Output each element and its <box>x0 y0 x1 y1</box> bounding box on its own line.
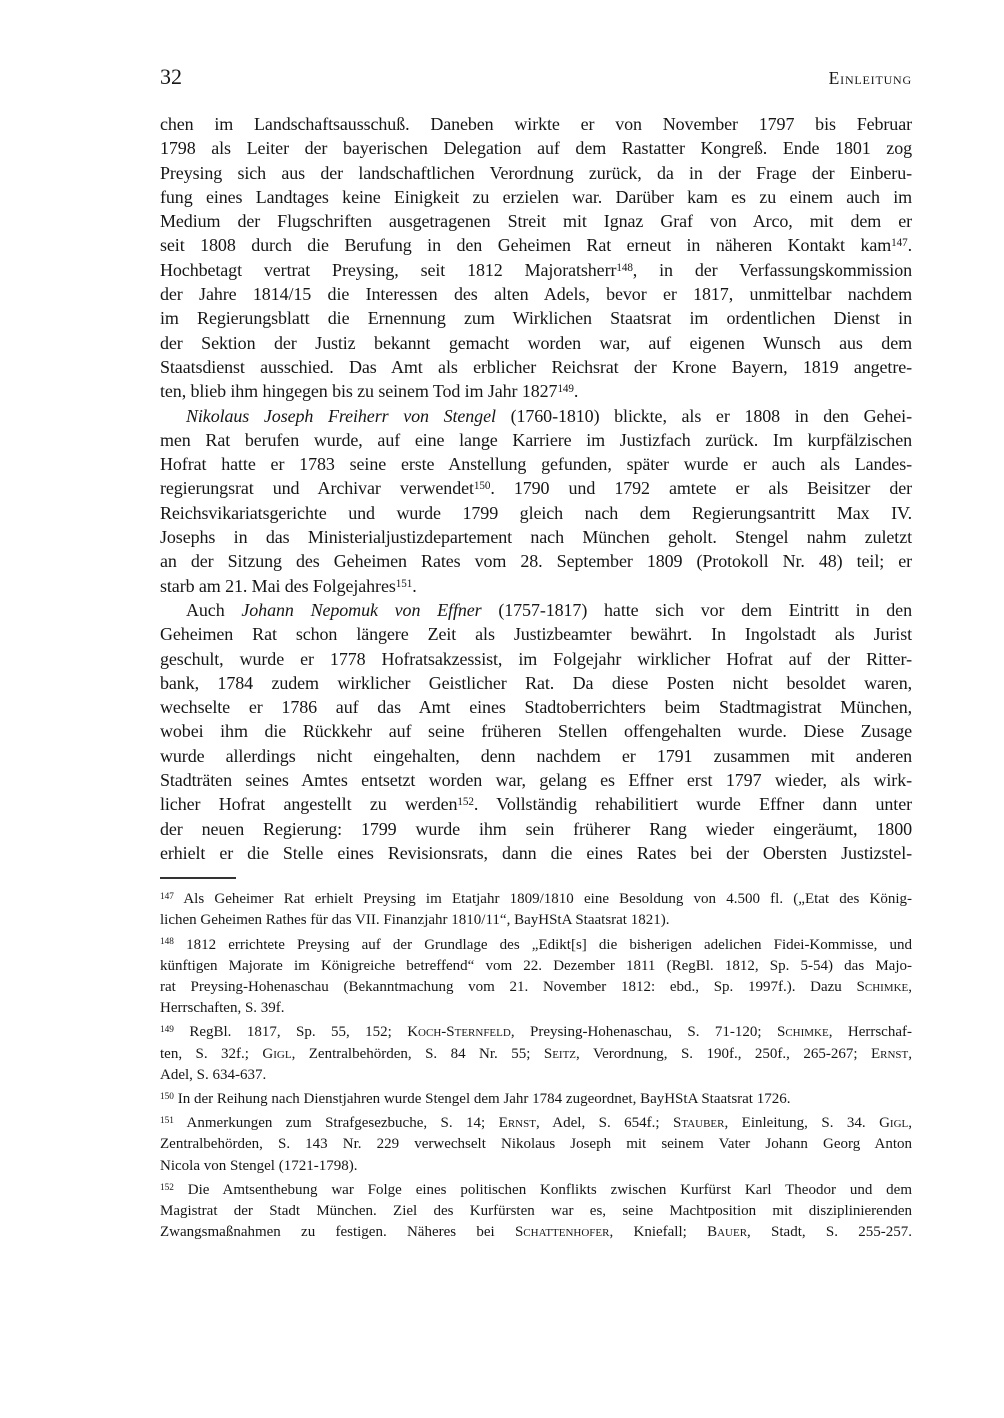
text-line: erhielt er die Stelle eines Revisionsrat… <box>160 841 912 865</box>
text-line: Adel, S. 634-637. <box>160 1065 912 1086</box>
text-segment: Hochbetagt vertrat Preysing, seit 1812 M… <box>160 260 616 280</box>
text-line: Zentralbehörden, S. 143 Nr. 229 verwechs… <box>160 1134 912 1155</box>
text-segment: ten, blieb ihm hingegen bis zu seinem To… <box>160 381 557 401</box>
text-line: der Jahre 1814/15 die Interessen des alt… <box>160 282 912 306</box>
text-segment: seit 1808 durch die Berufung in den Gehe… <box>160 235 891 255</box>
text-line: seit 1808 durch die Berufung in den Gehe… <box>160 233 912 257</box>
text-segment: , Preysing-Hohenaschau, S. 71-120; <box>511 1024 777 1040</box>
text-segment: , Zentralbehörden, S. 84 Nr. 55; <box>292 1046 544 1062</box>
paragraph: Auch Johann Nepomuk von Effner (1757-181… <box>160 598 912 865</box>
paragraph: Nikolaus Joseph Freiherr von Stengel (17… <box>160 404 912 598</box>
text-line: rat Preysing-Hohenaschau (Bekanntmachung… <box>160 977 912 998</box>
text-line: lichen Geheimen Rathes für das VII. Fina… <box>160 910 912 931</box>
text-line: geschult, wurde er 1778 Hofratsakzessist… <box>160 647 912 671</box>
text-segment: Nicola von Stengel (1721-1798). <box>160 1158 357 1174</box>
text-line: Hochbetagt vertrat Preysing, seit 1812 M… <box>160 258 912 282</box>
text-segment: RegBl. 1817, Sp. 55, 152; <box>174 1024 407 1040</box>
text-segment: , <box>908 979 912 995</box>
text-segment: . <box>574 381 578 401</box>
text-segment: bank, 1784 zudem wirklicher Geistlicher … <box>160 673 912 693</box>
text-segment: (1760-1810) blickte, als er 1808 in den … <box>496 406 912 426</box>
text-line: der neuen Regierung: 1799 wurde ihm sein… <box>160 817 912 841</box>
text-segment: erhielt er die Stelle eines Revisionsrat… <box>160 843 912 863</box>
text-segment: , Herrschaf- <box>829 1024 912 1040</box>
text-segment: . <box>412 576 416 596</box>
footnote-ref: 149 <box>557 383 573 395</box>
text-line: regierungsrat und Archivar verwendet150.… <box>160 476 912 500</box>
footnote: 149 RegBl. 1817, Sp. 55, 152; Koch-Stern… <box>160 1022 912 1086</box>
text-segment: Reichsvikariatsgerichte und wurde 1799 g… <box>160 503 912 523</box>
author-name-smallcaps: Gigl <box>879 1115 908 1131</box>
author-name-smallcaps: Koch-Sternfeld <box>407 1024 511 1040</box>
text-segment: Als Geheimer Rat erhielt Preysing im Eta… <box>174 891 912 907</box>
text-line: Preysing sich aus der landschaftlichen V… <box>160 161 912 185</box>
text-segment: regierungsrat und Archivar verwendet <box>160 478 474 498</box>
text-segment: Magistrat der Stadt München. Ziel des Ku… <box>160 1203 912 1219</box>
text-line: 1798 als Leiter der bayerischen Delegati… <box>160 136 912 160</box>
paragraph: chen im Landschaftsausschuß. Daneben wir… <box>160 112 912 404</box>
text-line: der Sektion der Justiz bekannt gemacht w… <box>160 331 912 355</box>
footnote-ref: 152 <box>457 796 473 808</box>
text-segment: , Verordnung, S. 190f., 250f., 265-267; <box>576 1046 871 1062</box>
text-line: licher Hofrat angestellt zu werden152. V… <box>160 792 912 816</box>
text-segment: Medium der Flugschriften ausgetragenen S… <box>160 211 912 231</box>
text-segment: . <box>908 235 912 255</box>
text-segment: . 1790 und 1792 amtete er als Beisitzer … <box>490 478 912 498</box>
footnote-ref: 147 <box>891 237 907 249</box>
footnote-ref: 151 <box>396 578 412 590</box>
text-line: 148 1812 errichtete Preysing auf der Gru… <box>160 935 912 956</box>
text-line: starb am 21. Mai des Folgejahres151. <box>160 574 912 598</box>
text-line: 147 Als Geheimer Rat erhielt Preysing im… <box>160 889 912 910</box>
text-line: Reichsvikariatsgerichte und wurde 1799 g… <box>160 501 912 525</box>
text-line: 149 RegBl. 1817, Sp. 55, 152; Koch-Stern… <box>160 1022 912 1043</box>
text-line: Medium der Flugschriften ausgetragenen S… <box>160 209 912 233</box>
text-line: Geheimen Rat schon längere Zeit als Just… <box>160 622 912 646</box>
author-name-smallcaps: Schimke <box>857 979 909 995</box>
author-name-smallcaps: Stauber <box>673 1115 724 1131</box>
author-name-smallcaps: Gigl <box>262 1046 291 1062</box>
text-segment: 1798 als Leiter der bayerischen Delegati… <box>160 138 912 158</box>
text-segment: der neuen Regierung: 1799 wurde ihm sein… <box>160 819 912 839</box>
text-segment: ten, S. 32f.; <box>160 1046 262 1062</box>
text-segment: , in der Verfassungskommission <box>633 260 912 280</box>
text-line: Staatsdienst ausschied. Das Amt als erbl… <box>160 355 912 379</box>
text-segment: Zwangsmaßnahmen zu festigen. Näheres bei <box>160 1224 515 1240</box>
text-line: chen im Landschaftsausschuß. Daneben wir… <box>160 112 912 136</box>
text-segment: licher Hofrat angestellt zu werden <box>160 794 457 814</box>
footnote-ref: 149 <box>160 1025 174 1035</box>
author-name-smallcaps: Seitz <box>544 1046 576 1062</box>
text-segment: Josephs in das Ministerialjustizdepartem… <box>160 527 912 547</box>
text-line: wurde allerdings nicht eingehalten, denn… <box>160 744 912 768</box>
text-segment: men Rat berufen wurde, auf eine lange Ka… <box>160 430 912 450</box>
text-line: bank, 1784 zudem wirklicher Geistlicher … <box>160 671 912 695</box>
author-name-smallcaps: Bauer <box>707 1224 747 1240</box>
text-line: ten, S. 32f.; Gigl, Zentralbehörden, S. … <box>160 1044 912 1065</box>
page-number: 32 <box>160 64 182 90</box>
text-segment: Stadträten seines Amtes entsetzt worden … <box>160 770 912 790</box>
text-segment: Die Amtsenthebung war Folge eines politi… <box>174 1182 912 1198</box>
text-segment: rat Preysing-Hohenaschau (Bekanntmachung… <box>160 979 857 995</box>
text-line: Nicola von Stengel (1721-1798). <box>160 1156 912 1177</box>
footnote-ref: 148 <box>616 262 632 274</box>
text-line: Auch Johann Nepomuk von Effner (1757-181… <box>160 598 912 622</box>
footnote-ref: 150 <box>160 1092 174 1102</box>
text-segment: an der Sitzung des Geheimen Rates vom 28… <box>160 551 912 571</box>
author-name-smallcaps: Ernst <box>871 1046 908 1062</box>
book-page: 32 Einleitung chen im Landschaftsausschu… <box>0 0 1004 1418</box>
text-line: an der Sitzung des Geheimen Rates vom 28… <box>160 549 912 573</box>
text-line: Zwangsmaßnahmen zu festigen. Näheres bei… <box>160 1222 912 1243</box>
text-segment: Adel, S. 634-637. <box>160 1067 266 1083</box>
text-segment: . Vollständig rehabilitiert wurde Effner… <box>474 794 912 814</box>
footnote-separator <box>160 877 236 879</box>
text-line: wechselte er 1786 auf das Amt eines Stad… <box>160 695 912 719</box>
text-segment: Herrschaften, S. 39f. <box>160 1000 285 1016</box>
text-segment: chen im Landschaftsausschuß. Daneben wir… <box>160 114 912 134</box>
text-segment: der Sektion der Justiz bekannt gemacht w… <box>160 333 912 353</box>
text-segment: Geheimen Rat schon längere Zeit als Just… <box>160 624 912 644</box>
text-segment: wechselte er 1786 auf das Amt eines Stad… <box>160 697 912 717</box>
text-line: Herrschaften, S. 39f. <box>160 998 912 1019</box>
text-segment: (1757-1817) hatte sich vor dem Eintritt … <box>482 600 912 620</box>
text-line: wobei ihm die Rückkehr auf seine frühere… <box>160 719 912 743</box>
text-line: Magistrat der Stadt München. Ziel des Ku… <box>160 1201 912 1222</box>
footnote-ref: 150 <box>474 480 490 492</box>
text-line: im Regierungsblatt die Ernennung zum Wir… <box>160 306 912 330</box>
text-segment: lichen Geheimen Rathes für das VII. Fina… <box>160 912 669 928</box>
text-segment: Preysing sich aus der landschaftlichen V… <box>160 163 912 183</box>
text-segment: starb am 21. Mai des Folgejahres <box>160 576 396 596</box>
author-name-smallcaps: Schattenhofer <box>515 1224 610 1240</box>
text-line: 150 In der Reihung nach Dienstjahren wur… <box>160 1089 912 1110</box>
footnote: 147 Als Geheimer Rat erhielt Preysing im… <box>160 889 912 931</box>
text-segment: wobei ihm die Rückkehr auf seine frühere… <box>160 721 912 741</box>
footnote: 150 In der Reihung nach Dienstjahren wur… <box>160 1089 912 1110</box>
text-segment: Anmerkungen zum Strafgesezbuche, S. 14; <box>174 1115 499 1131</box>
running-head: Einleitung <box>829 65 912 91</box>
footnotes: 147 Als Geheimer Rat erhielt Preysing im… <box>160 889 912 1243</box>
person-name-italic: Nikolaus Joseph Freiherr von Stengel <box>186 406 496 426</box>
footnote-ref: 151 <box>160 1116 174 1126</box>
text-line: künftigen Majorate im Königreiche betref… <box>160 956 912 977</box>
footnote: 152 Die Amtsenthebung war Folge eines po… <box>160 1180 912 1244</box>
text-line: 151 Anmerkungen zum Strafgesezbuche, S. … <box>160 1113 912 1134</box>
text-segment: In der Reihung nach Dienstjahren wurde S… <box>174 1091 791 1107</box>
text-segment: , Stadt, S. 255-257. <box>747 1224 912 1240</box>
footnote: 148 1812 errichtete Preysing auf der Gru… <box>160 935 912 1020</box>
person-name-italic: Johann Nepomuk von Effner <box>241 600 481 620</box>
text-segment: , Einleitung, S. 34. <box>725 1115 880 1131</box>
text-line: Hofrat hatte er 1783 seine erste Anstell… <box>160 452 912 476</box>
text-line: Josephs in das Ministerialjustizdepartem… <box>160 525 912 549</box>
text-segment: Zentralbehörden, S. 143 Nr. 229 verwechs… <box>160 1136 912 1152</box>
author-name-smallcaps: Schimke <box>777 1024 829 1040</box>
text-line: fung eines Landtages keine Einigkeit zu … <box>160 185 912 209</box>
text-line: Nikolaus Joseph Freiherr von Stengel (17… <box>160 404 912 428</box>
text-segment: wurde allerdings nicht eingehalten, denn… <box>160 746 912 766</box>
text-segment: Staatsdienst ausschied. Das Amt als erbl… <box>160 357 912 377</box>
text-segment: , Adel, S. 654f.; <box>536 1115 673 1131</box>
text-segment: 1812 errichtete Preysing auf der Grundla… <box>174 937 912 953</box>
text-segment: künftigen Majorate im Königreiche betref… <box>160 958 912 974</box>
text-segment: , <box>908 1115 912 1131</box>
text-line: Stadträten seines Amtes entsetzt worden … <box>160 768 912 792</box>
text-segment: im Regierungsblatt die Ernennung zum Wir… <box>160 308 912 328</box>
text-segment: der Jahre 1814/15 die Interessen des alt… <box>160 284 912 304</box>
footnote: 151 Anmerkungen zum Strafgesezbuche, S. … <box>160 1113 912 1177</box>
page-header: 32 Einleitung <box>160 64 912 90</box>
text-segment: , Kniefall; <box>609 1224 707 1240</box>
text-line: ten, blieb ihm hingegen bis zu seinem To… <box>160 379 912 403</box>
text-line: 152 Die Amtsenthebung war Folge eines po… <box>160 1180 912 1201</box>
footnote-ref: 152 <box>160 1183 174 1193</box>
body-text: chen im Landschaftsausschuß. Daneben wir… <box>160 112 912 865</box>
text-segment: Hofrat hatte er 1783 seine erste Anstell… <box>160 454 912 474</box>
text-line: men Rat berufen wurde, auf eine lange Ka… <box>160 428 912 452</box>
text-segment: geschult, wurde er 1778 Hofratsakzessist… <box>160 649 912 669</box>
text-segment: fung eines Landtages keine Einigkeit zu … <box>160 187 912 207</box>
footnote-ref: 147 <box>160 892 174 902</box>
text-segment: Auch <box>186 600 241 620</box>
text-segment: , <box>908 1046 912 1062</box>
footnote-ref: 148 <box>160 937 174 947</box>
author-name-smallcaps: Ernst <box>499 1115 536 1131</box>
